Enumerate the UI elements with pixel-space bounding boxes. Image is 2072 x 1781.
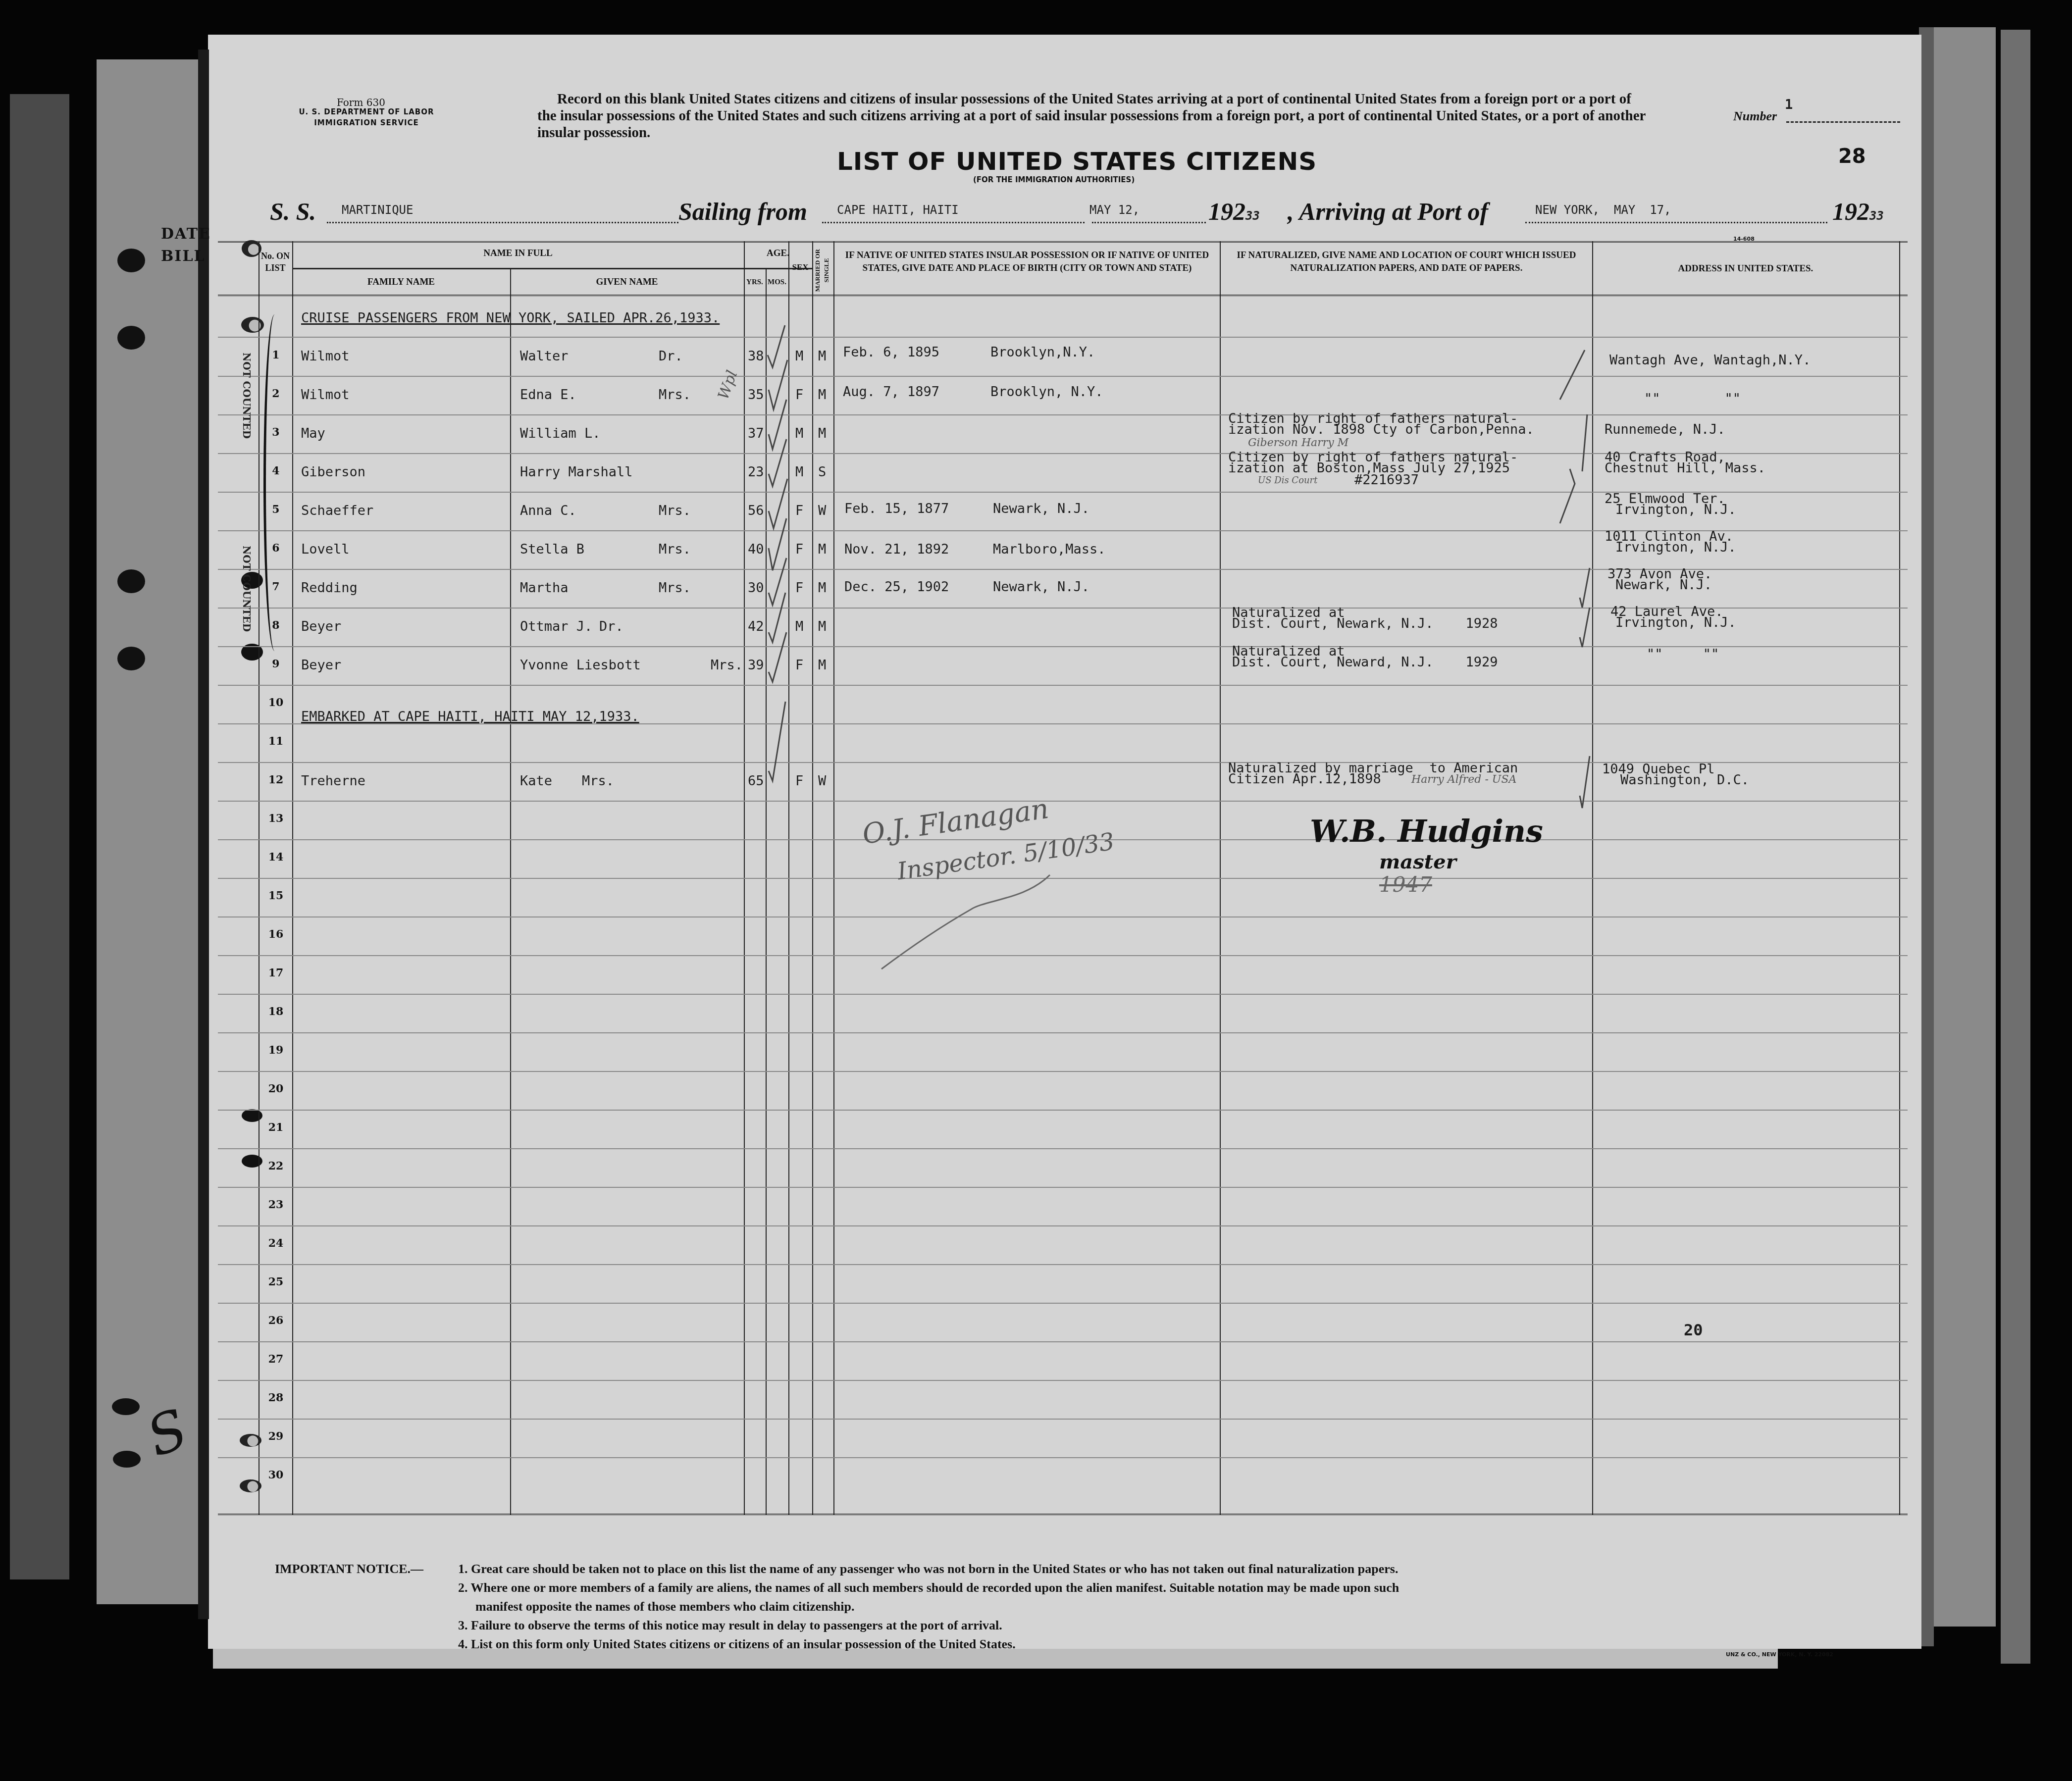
header-birth: IF NATIVE OF UNITED STATES INSULAR POSSE… — [841, 249, 1213, 275]
row-number: 14 — [259, 851, 293, 864]
binder-strip — [97, 59, 208, 1604]
given-name: Stella B — [520, 542, 584, 557]
title: Mrs. — [659, 580, 691, 596]
table-top-border — [218, 241, 1908, 245]
handwritten-note: US Dis Court — [1258, 475, 1317, 486]
family-name: Beyer — [301, 619, 341, 634]
sailing-label: Sailing from — [678, 197, 807, 226]
notice-item-1: 1. Great care should be taken not to pla… — [458, 1560, 1894, 1578]
given-name: Martha — [520, 580, 569, 596]
marital-status: W — [818, 773, 826, 789]
marital-status: M — [818, 542, 826, 557]
naturalization-check-marks-icon — [1555, 320, 1600, 845]
table-bottom-border — [218, 1514, 1908, 1517]
header-address: ADDRESS IN UNITED STATES. — [1592, 262, 1899, 275]
birth-place: Brooklyn,N.Y. — [990, 345, 1095, 360]
address-line-2: Irvington, N.J. — [1615, 540, 1736, 555]
row-number: 23 — [259, 1198, 293, 1211]
row-number: 21 — [259, 1121, 293, 1134]
page-title: LIST OF UNITED STATES CITIZENS — [837, 147, 1317, 176]
table-row: Wilmot Edna E. Mrs. Wpl 35 F M Aug. 7, 1… — [218, 376, 1908, 414]
given-name: William L. — [520, 426, 601, 441]
title: Mrs. — [659, 387, 691, 403]
section-header-embarked: EMBARKED AT CAPE HAITI, HAITI MAY 12,193… — [301, 709, 639, 724]
family-name: Giberson — [301, 464, 365, 480]
address-line-1: "" "" — [1644, 391, 1741, 407]
row-number: 13 — [259, 812, 293, 825]
arriving-year-suffix: 33 — [1869, 209, 1884, 223]
binder-hole-icon — [117, 647, 145, 670]
table-row: Schaeffer Anna C. Mrs. 56 F W Feb. 15, 1… — [218, 492, 1908, 530]
title: Mrs. — [711, 658, 743, 673]
address-line-2: Irvington, N.J. — [1615, 615, 1736, 630]
year-prefix: 192 — [1208, 198, 1245, 225]
row-number: 29 — [259, 1430, 293, 1443]
binder-hole-icon — [117, 249, 145, 272]
sailing-year-prefix: 19233 — [1208, 197, 1260, 226]
arriving-field-line — [1525, 222, 1827, 223]
row-number: 10 — [259, 696, 293, 709]
address-line-2: Irvington, N.J. — [1615, 502, 1736, 517]
family-name: Redding — [301, 580, 358, 596]
header-naturalized: IF NATURALIZED, GIVE NAME AND LOCATION O… — [1233, 249, 1580, 275]
header-married-or-single: MARRIED OR SINGLE — [813, 248, 831, 293]
row-number: 26 — [259, 1314, 293, 1327]
marital-status: M — [818, 658, 826, 673]
header-sex: SEX — [788, 261, 812, 274]
birth-place: Marlboro,Mass. — [993, 542, 1106, 557]
notice-item-4: 4. List on this form only United States … — [458, 1635, 1894, 1654]
given-name: Kate — [520, 773, 552, 789]
row-number: 15 — [259, 889, 293, 902]
number-field-line — [1786, 121, 1900, 123]
sailing-from-field-line — [822, 222, 1085, 223]
check-marks-icon — [758, 315, 812, 791]
department-name: U. S. DEPARTMENT OF LABOR — [277, 106, 456, 117]
marital-status: M — [818, 349, 826, 364]
table-row: Giberson Harry Marshall 23 M S Giberson … — [218, 454, 1908, 491]
header-age: AGE. — [744, 247, 812, 260]
marital-status: S — [818, 464, 826, 480]
address-line-1: Wantagh Ave, Wantagh,N.Y. — [1609, 353, 1811, 368]
family-name: Lovell — [301, 542, 350, 557]
birth-date: Feb. 15, 1877 — [844, 501, 949, 516]
name-age-divider — [292, 268, 812, 269]
given-name: Walter — [520, 349, 569, 364]
right-page-edge — [2001, 30, 2030, 1664]
address-line-2: Newark, N.J. — [1615, 577, 1712, 593]
family-name: Schaeffer — [301, 503, 373, 518]
table-row: Redding Martha Mrs. 30 F M Dec. 25, 1902… — [218, 569, 1908, 607]
master-signature: W.B. Hudgins — [1310, 813, 1543, 849]
ss-label: S. S. — [270, 197, 316, 226]
marital-status: M — [818, 619, 826, 634]
birth-place: Brooklyn, N.Y. — [990, 384, 1103, 400]
ship-name: MARTINIQUE — [342, 203, 414, 217]
given-name: Yvonne Liesbott — [520, 658, 641, 673]
sailing-from: CAPE HAITI, HAITI — [837, 203, 959, 217]
birth-place: Newark, N.J. — [993, 501, 1089, 516]
binder-fold-line — [198, 50, 209, 1619]
binder-hole-icon — [112, 1398, 140, 1415]
table-row: Wilmot Walter Dr. 38 M M Feb. 6, 1895 Br… — [218, 338, 1908, 375]
birth-place: Newark, N.J. — [993, 579, 1089, 595]
naturalization-line-2: Dist. Court, Neward, N.J. 1929 — [1232, 655, 1498, 670]
marital-status: W — [818, 503, 826, 518]
address-line-1: Runnemede, N.J. — [1605, 422, 1725, 437]
birth-date: Dec. 25, 1902 — [844, 579, 949, 595]
row-number: 27 — [259, 1353, 293, 1366]
table-row: Lovell Stella B Mrs. 40 F M Nov. 21, 189… — [218, 531, 1908, 568]
right-binding-strip — [1931, 27, 1996, 1627]
naturalization-line-2: Dist. Court, Newark, N.J. 1928 — [1232, 616, 1498, 631]
notice-label: IMPORTANT NOTICE.— — [275, 1560, 423, 1578]
row-number: 11 — [259, 735, 293, 748]
row-number: 20 — [259, 1082, 293, 1095]
binder-back-edge — [10, 94, 69, 1579]
header-given-name: GIVEN NAME — [510, 276, 744, 289]
address-line-2: Washington, D.C. — [1620, 772, 1749, 788]
birth-date: Nov. 21, 1892 — [844, 542, 949, 557]
row-number: 19 — [259, 1044, 293, 1057]
header-yrs: YRS. — [744, 276, 766, 289]
marital-status: M — [818, 387, 826, 403]
row-number: 16 — [259, 928, 293, 941]
given-name: Anna C. — [520, 503, 576, 518]
number-label: Number — [1733, 109, 1777, 124]
row-number: 22 — [259, 1160, 293, 1172]
table-row: Beyer Yvonne Liesbott Mrs. 39 F M Natura… — [218, 647, 1908, 684]
row-number: 28 — [259, 1391, 293, 1404]
page-subtitle: (FOR THE IMMIGRATION AUTHORITIES) — [973, 175, 1135, 184]
sailing-date: MAY 12, — [1089, 203, 1140, 217]
master-title: master — [1379, 850, 1456, 873]
printer-imprint: UNZ & CO., NEW YORK, N. Y. 22082 — [1726, 1651, 1833, 1658]
sailing-year-suffix: 33 — [1245, 209, 1260, 223]
given-name: Edna E. — [520, 387, 576, 403]
header-mos: MOS. — [766, 276, 788, 289]
naturalization-line-2: ization Nov. 1898 Cty of Carbon,Penna. — [1228, 422, 1534, 437]
address-line-1: "" "" — [1647, 647, 1719, 662]
row-number: 18 — [259, 1005, 293, 1018]
notice-item-2-cont: manifest opposite the names of those mem… — [475, 1597, 1862, 1616]
title: Dr. — [659, 349, 683, 364]
title: Mrs. — [659, 542, 691, 557]
notice-item-3: 3. Failure to observe the terms of this … — [458, 1616, 1894, 1635]
given-name: Harry Marshall — [520, 464, 633, 480]
birth-date: Feb. 6, 1895 — [843, 345, 939, 360]
header-family-name: FAMILY NAME — [292, 276, 510, 289]
service-name: IMMIGRATION SERVICE — [277, 117, 456, 128]
table-row: Treherne Kate Mrs. 65 F W Naturalized by… — [218, 763, 1908, 800]
binder-label-date: DATE — [161, 225, 211, 243]
section-header-cruise: CRUISE PASSENGERS FROM NEW YORK, SAILED … — [301, 310, 720, 326]
row-number: 24 — [259, 1237, 293, 1250]
arriving-port: NEW YORK, MAY 17, — [1535, 203, 1671, 217]
family-name: May — [301, 426, 325, 441]
table-row: Beyer Ottmar J. Dr. 42 M M Naturalized a… — [218, 608, 1908, 646]
title: Dr. — [599, 619, 623, 634]
handwritten-note: Giberson Harry M — [1248, 437, 1348, 449]
handwritten-note: Harry Alfred - USA — [1411, 773, 1516, 786]
title: Mrs. — [659, 503, 691, 518]
binder-hole-icon — [117, 326, 145, 350]
family-name: Treherne — [301, 773, 365, 789]
year-prefix-2: 192 — [1832, 198, 1869, 225]
birth-date: Aug. 7, 1897 — [843, 384, 939, 400]
marital-status: M — [818, 426, 826, 441]
header-bottom-border — [218, 295, 1908, 298]
family-name: Wilmot — [301, 349, 350, 364]
naturalization-line-2: Citizen Apr.12,1898 — [1228, 771, 1381, 787]
intro-instructions: Record on this blank United States citiz… — [537, 91, 1647, 141]
notice-item-2: 2. Where one or more members of a family… — [458, 1578, 1894, 1597]
sailing-date-field-line — [1092, 222, 1206, 223]
passenger-table: No. ON LIST NAME IN FULL FAMILY NAME GIV… — [218, 241, 1908, 1518]
department-block: U. S. DEPARTMENT OF LABOR IMMIGRATION SE… — [277, 106, 456, 128]
given-name: Ottmar J. — [520, 619, 592, 634]
master-note: 1947 — [1379, 872, 1432, 897]
binder-hole-icon — [117, 569, 145, 593]
row-number: 30 — [259, 1469, 293, 1481]
naturalization-number: #2216937 — [1354, 472, 1419, 488]
binder-hole-icon — [113, 1451, 141, 1468]
header-no-on-list: No. ON LIST — [259, 250, 292, 274]
row-number: 25 — [259, 1275, 293, 1288]
family-name: Wilmot — [301, 387, 350, 403]
number-value: 1 — [1785, 97, 1793, 112]
arriving-label: , Arriving at Port of — [1288, 197, 1488, 226]
binder-label-bill: BILL — [161, 248, 206, 265]
title: Mrs. — [582, 773, 614, 789]
marital-status: M — [818, 580, 826, 596]
row-number: 17 — [259, 967, 293, 979]
arriving-year: 19233 — [1832, 197, 1884, 226]
ship-field-line — [327, 222, 678, 223]
corner-mark: 20 — [1684, 1321, 1703, 1339]
address-line-2: Chestnut Hill, Mass. — [1605, 460, 1765, 476]
header-name-in-full: NAME IN FULL — [292, 247, 744, 260]
page-number: 28 — [1838, 145, 1866, 168]
inspector-flourish-icon — [862, 870, 1060, 979]
family-name: Beyer — [301, 658, 341, 673]
table-row: May William L. 37 M M Citizen by right o… — [218, 415, 1908, 453]
